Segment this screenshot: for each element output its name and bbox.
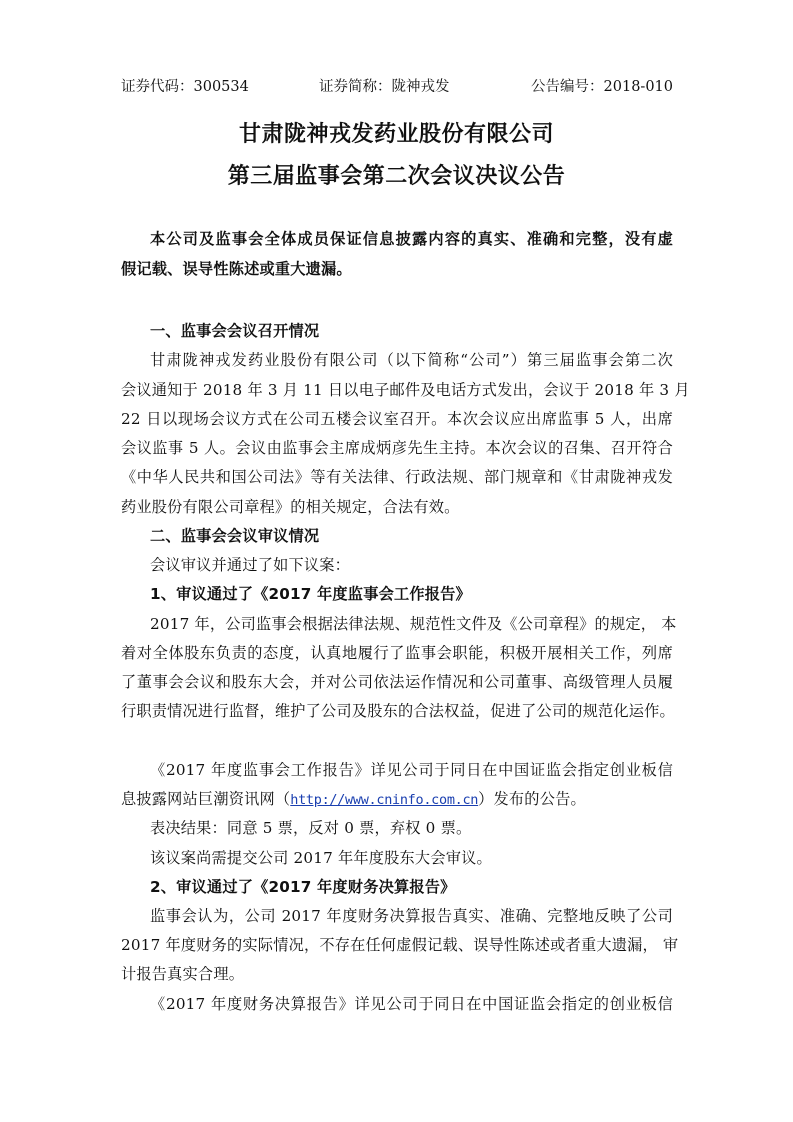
stock-name: 证券简称：陇神戎发 bbox=[319, 77, 450, 97]
item2-heading: 2、审议通过了《2017 年度财务决算报告》 bbox=[150, 877, 673, 897]
reference-prefix: 息披露网站巨潮资讯网（ bbox=[121, 790, 290, 808]
item1-body-line: 着对全体股东负责的态度，认真地履行了监事会职能，积极开展相关工作，列席 bbox=[121, 643, 673, 663]
reference-suffix: ）发布的公告。 bbox=[478, 790, 586, 808]
section2-heading: 二、监事会会议审议情况 bbox=[150, 526, 673, 546]
item1-heading: 1、审议通过了《2017 年度监事会工作报告》 bbox=[150, 584, 673, 604]
announcement-number: 公告编号：2018-010 bbox=[531, 77, 673, 97]
section1-heading: 一、监事会会议召开情况 bbox=[150, 321, 673, 341]
item1-body-line: 行职责情况进行监督，维护了公司及股东的合法权益，促进了公司的规范化运作。 bbox=[121, 701, 673, 721]
item2-body-line: 2017 年度财务的实际情况，不存在任何虚假记载、误导性陈述或者重大遗漏， 审 bbox=[121, 935, 673, 955]
section1-line: 《中华人民共和国公司法》等有关法律、行政法规、部门规章和《甘肃陇神戎发 bbox=[121, 467, 673, 487]
section1-line: 22 日以现场会议方式在公司五楼会议室召开。本次会议应出席监事 5 人，出席 bbox=[121, 409, 673, 429]
item2-body-line: 计报告真实合理。 bbox=[121, 964, 673, 984]
item1-reference-line: 《2017 年度监事会工作报告》详见公司于同日在中国证监会指定创业板信 bbox=[150, 760, 673, 780]
document-page: 证券代码：300534 证券简称：陇神戎发 公告编号：2018-010 甘肃陇神… bbox=[0, 0, 793, 1122]
company-title: 甘肃陇神戎发药业股份有限公司 bbox=[0, 120, 793, 150]
item1-body-line: 2017 年，公司监事会根据法律法规、规范性文件及《公司章程》的规定， 本 bbox=[150, 614, 673, 634]
section2-intro: 会议审议并通过了如下议案： bbox=[150, 555, 673, 575]
item1-reference-line-2: 息披露网站巨潮资讯网（http://www.cninfo.com.cn）发布的公… bbox=[121, 789, 673, 810]
cninfo-link[interactable]: http://www.cninfo.com.cn bbox=[290, 792, 478, 808]
section1-line: 药业股份有限公司章程》的相关规定，合法有效。 bbox=[121, 497, 673, 517]
item2-body-line: 监事会认为，公司 2017 年度财务决算报告真实、准确、完整地反映了公司 bbox=[150, 906, 673, 926]
document-header: 证券代码：300534 证券简称：陇神戎发 公告编号：2018-010 bbox=[121, 77, 673, 97]
item1-note: 该议案尚需提交公司 2017 年年度股东大会审议。 bbox=[150, 848, 673, 868]
section1-line: 甘肃陇神戎发药业股份有限公司（以下简称“公司”）第三届监事会第二次 bbox=[150, 350, 673, 370]
item1-vote-result: 表决结果：同意 5 票，反对 0 票，弃权 0 票。 bbox=[150, 818, 673, 838]
item1-body-line: 了董事会会议和股东大会，并对公司依法运作情况和公司董事、高级管理人员履 bbox=[121, 672, 673, 692]
statement-line-1: 本公司及监事会全体成员保证信息披露内容的真实、准确和完整，没有虚 bbox=[150, 229, 673, 249]
section1-line: 会议通知于 2018 年 3 月 11 日以电子邮件及电话方式发出，会议于 20… bbox=[121, 380, 673, 400]
item2-reference-line: 《2017 年度财务决算报告》详见公司于同日在中国证监会指定的创业板信 bbox=[150, 994, 673, 1014]
announcement-title: 第三届监事会第二次会议决议公告 bbox=[0, 162, 793, 192]
statement-line-2: 假记载、误导性陈述或重大遗漏。 bbox=[121, 259, 673, 279]
section1-line: 会议监事 5 人。会议由监事会主席成炳彦先生主持。本次会议的召集、召开符合 bbox=[121, 438, 673, 458]
stock-code: 证券代码：300534 bbox=[121, 77, 249, 97]
